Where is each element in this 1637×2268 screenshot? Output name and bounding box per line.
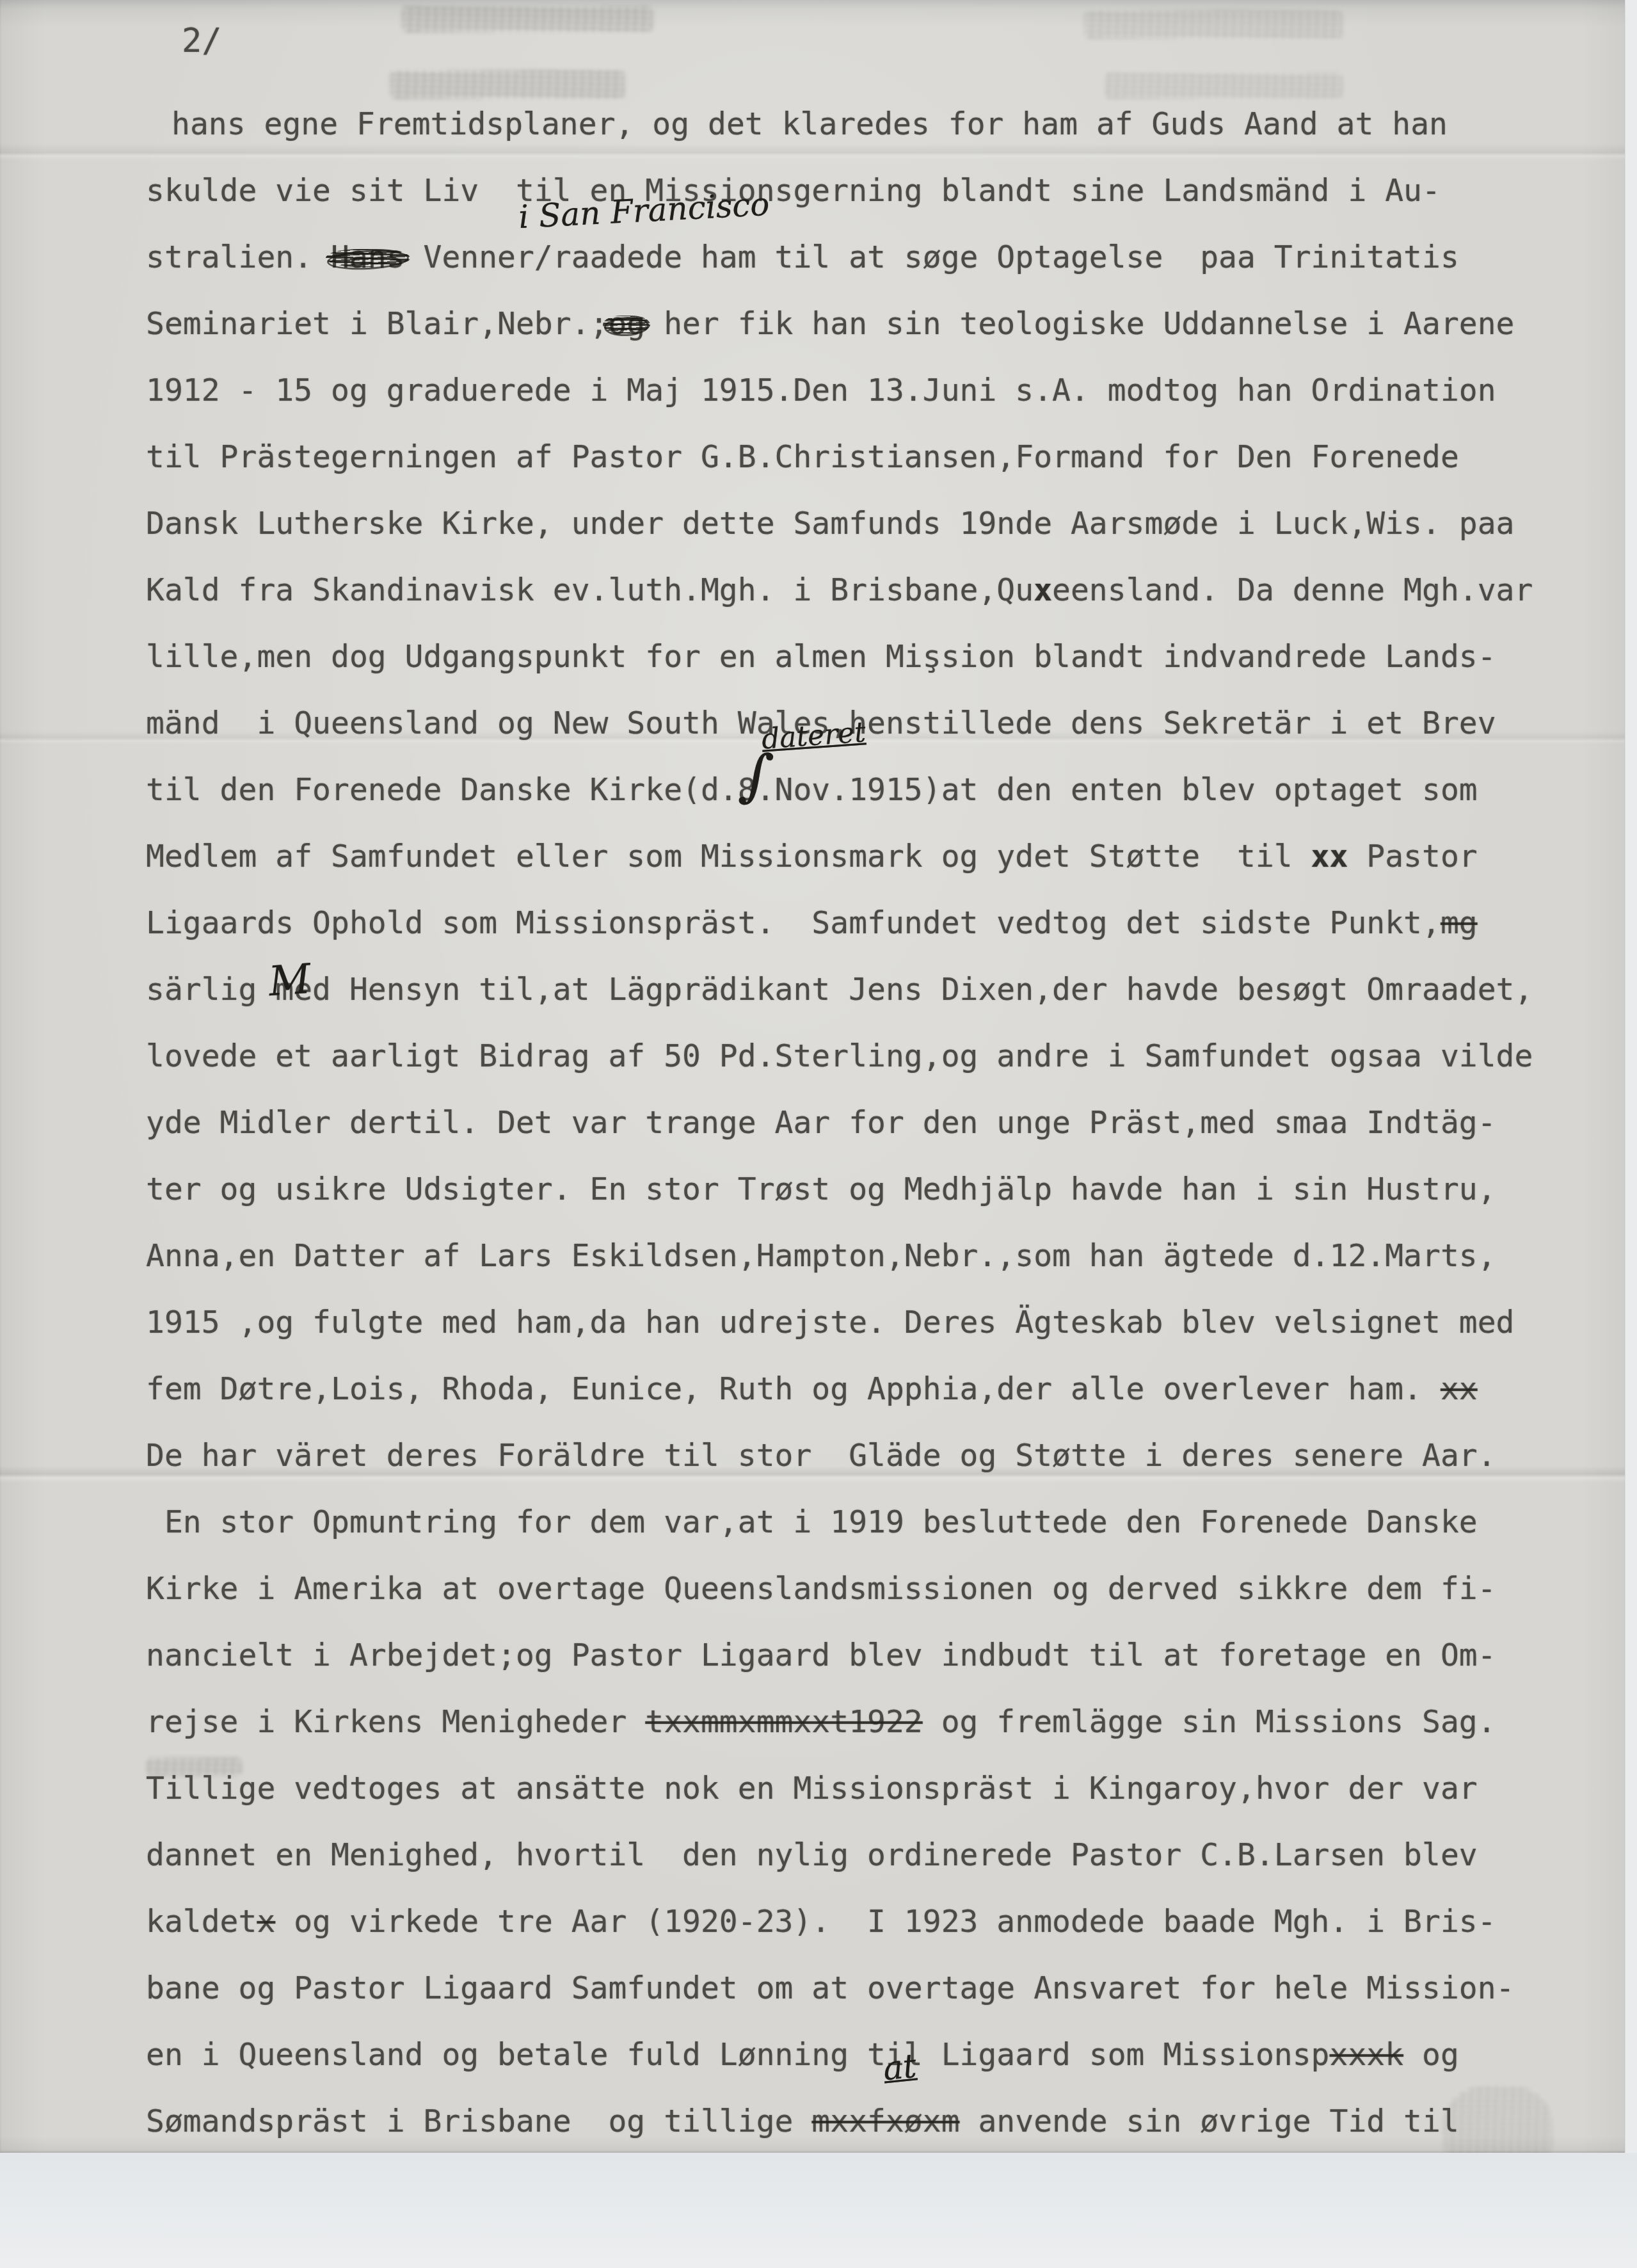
text-line: Kirke i Amerika at overtage Queenslandsm… [146,1556,1586,1622]
text-line: De har väret deres Foräldre til stor Glä… [146,1422,1586,1489]
typed-text: skulde vie sit Liv til en Missionsgernin… [146,173,1441,209]
typed-text: her fik han sin teologiske Uddannelse i … [645,306,1514,342]
overtyped-text: x [1034,572,1052,608]
struck-text: mg [1441,905,1478,941]
handwritten-annotation: M [268,959,312,1002]
typed-text: 1915 ,og fulgte med ham,da han udrejste.… [146,1305,1514,1340]
typed-text: til Prästegerningen af Pastor G.B.Christ… [146,439,1459,475]
typed-text: Kirke i Amerika at overtage Queenslandsm… [146,1571,1496,1607]
typed-text: ter og usikre Udsigter. En stor Trøst og… [146,1171,1496,1207]
struck-text: x [257,1904,275,1940]
text-line: dannet en Menighed, hvortil den nylig or… [146,1822,1586,1888]
text-line: Seminariet i Blair,Nebr.;og her fik han … [146,291,1586,357]
typed-text: eensland. Da denne Mgh.var [1052,572,1533,608]
typed-text: fem Døtre,Lois, Rhoda, Eunice, Ruth og A… [146,1371,1441,1407]
text-line: skulde vie sit Liv til en Missionsgernin… [146,157,1586,224]
typed-text: Venner/raadede ham til at søge Optagelse… [405,239,1459,275]
typed-text: lille,men dog Udgangspunkt for en almen … [146,639,1496,675]
text-line: rejse i Kirkens Menigheder txxmmxmmxxt19… [146,1689,1586,1755]
text-line: bane og Pastor Ligaard Samfundet om at o… [146,1955,1586,2022]
text-line: Kald fra Skandinavisk ev.luth.Mgh. i Bri… [146,557,1586,623]
typed-text: og [1403,2037,1459,2073]
text-line: nancielt i Arbejdet;og Pastor Ligaard bl… [146,1622,1586,1689]
typed-text: Pastor [1348,839,1477,874]
text-block: hans egne Fremtidsplaner, og det klarede… [146,91,1586,2155]
typed-text: Kald fra Skandinavisk ev.luth.Mgh. i Bri… [146,572,1034,608]
bleed-through-smudge [1084,10,1343,38]
text-line: Ligaards Ophold som Missionspräst. Samfu… [146,890,1586,956]
typed-text: nancielt i Arbejdet;og Pastor Ligaard bl… [146,1637,1496,1673]
typed-text: yde Midler dertil. Det var trange Aar fo… [146,1105,1496,1141]
typed-text: Hensyn til,at Lägprädikant Jens Dixen,de… [331,972,1533,1008]
text-line: stralien. Hans Venner/raadede ham til at… [146,224,1586,291]
text-line: Dansk Lutherske Kirke, under dette Samfu… [146,490,1586,557]
text-line: Anna,en Datter af Lars Eskildsen,Hampton… [146,1223,1586,1289]
typed-text: 1912 - 15 og graduerede i Maj 1915.Den 1… [146,373,1496,408]
struck-text: xxxk [1330,2037,1404,2073]
typed-text: kaldet [146,1904,257,1940]
text-line: lovede et aarligt Bidrag af 50 Pd.Sterli… [146,1023,1586,1090]
scribbled-text: Hans [331,239,405,275]
text-line: En stor Opmuntring for dem var,at i 1919… [146,1489,1586,1556]
text-line: hans egne Fremtidsplaner, og det klarede… [146,91,1586,157]
text-line: ter og usikre Udsigter. En stor Trøst og… [146,1156,1586,1223]
typed-text: dannet en Menighed, hvortil den nylig or… [146,1837,1478,1873]
typed-text: til den Forenede Danske Kirke(d.8.Nov.19… [146,772,1478,808]
typed-text: De har väret deres Foräldre til stor Glä… [146,1438,1496,1474]
text-line: til Prästegerningen af Pastor G.B.Christ… [146,424,1586,490]
typed-text: en i Queensland og betale fuld Lønning t… [146,2037,1330,2073]
typed-text: särlig [146,972,275,1008]
text-line: til den Forenede Danske Kirke(d.8.Nov.19… [146,757,1586,823]
scanner-background-bottom [0,2153,1637,2268]
typed-text: anvende sin øvrige Tid til [960,2103,1459,2139]
typed-text: og fremlägge sin Missions Sag. [923,1704,1496,1740]
handwritten-annotation: dateret [761,718,867,753]
typed-text: stralien. [146,239,331,275]
text-line: yde Midler dertil. Det var trange Aar fo… [146,1090,1586,1156]
handwritten-annotation: at [881,2049,918,2086]
typed-text: rejse i Kirkens Menigheder [146,1704,645,1740]
text-line: Sømandspräst i Brisbane og tillige mxxfx… [146,2088,1586,2155]
text-line: fem Døtre,Lois, Rhoda, Eunice, Ruth og A… [146,1356,1586,1422]
typed-text: Seminariet i Blair,Nebr.; [146,306,608,342]
typed-text: hans egne Fremtidsplaner, og det klarede… [172,106,1448,142]
typed-text: Anna,en Datter af Lars Eskildsen,Hampton… [146,1238,1496,1274]
scanned-document-page: { "scan": { "paper_color": "#d7d6d2", "b… [0,0,1637,2268]
text-line: 1912 - 15 og graduerede i Maj 1915.Den 1… [146,357,1586,424]
typed-text: Tillige vedtoges at ansätte nok en Missi… [146,1771,1478,1806]
overtyped-text: xx [1311,839,1348,874]
typed-text: Ligaards Ophold som Missionspräst. Samfu… [146,905,1441,941]
paper-sheet: 2/ hans egne Fremtidsplaner, og det klar… [0,0,1625,2153]
text-line: Medlem af Samfundet eller som Missionsma… [146,823,1586,890]
scribbled-text: og [608,306,645,342]
typed-text: og virkede tre Aar (1920-23). I 1923 anm… [275,1904,1496,1940]
typed-text: bane og Pastor Ligaard Samfundet om at o… [146,1970,1514,2006]
typed-text: Medlem af Samfundet eller som Missionsma… [146,839,1311,874]
text-line: Tillige vedtoges at ansätte nok en Missi… [146,1755,1586,1822]
struck-text: mxxfxøxm [811,2103,959,2139]
struck-text: txxmmxmmxxt1922 [645,1704,922,1740]
scanner-background-right [1625,0,1637,2268]
typed-text: Dansk Lutherske Kirke, under dette Samfu… [146,506,1514,542]
text-line: kaldetx og virkede tre Aar (1920-23). I … [146,1888,1586,1955]
bleed-through-smudge [402,6,653,32]
page-number: 2/ [182,22,222,60]
text-line: en i Queensland og betale fuld Lønning t… [146,2022,1586,2088]
text-line: särlig med Hensyn til,at Lägprädikant Je… [146,956,1586,1023]
text-line: 1915 ,og fulgte med ham,da han udrejste.… [146,1289,1586,1356]
text-line: lille,men dog Udgangspunkt for en almen … [146,623,1586,690]
struck-text: xx [1441,1371,1478,1407]
typed-text: Sømandspräst i Brisbane og tillige [146,2103,811,2139]
typed-text: En stor Opmuntring for dem var,at i 1919… [146,1504,1478,1540]
typed-text: lovede et aarligt Bidrag af 50 Pd.Sterli… [146,1038,1533,1074]
